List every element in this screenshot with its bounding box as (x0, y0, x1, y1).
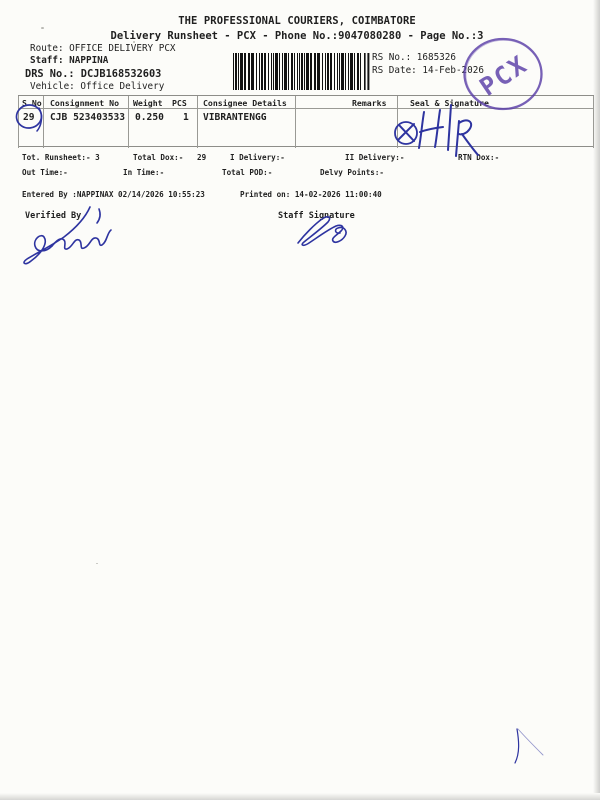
table-border (197, 96, 198, 148)
scanned-delivery-runsheet: THE PROFESSIONAL COURIERS, COIMBATORE De… (0, 0, 600, 800)
cell-sno: 29 (23, 112, 35, 123)
scan-speck (41, 27, 44, 29)
ii-delivery-label: II Delivery:- (345, 153, 404, 162)
table-border (18, 96, 19, 148)
barcode (233, 53, 370, 90)
cell-pcs: 1 (183, 112, 189, 123)
rs-date: RS Date: 14-Feb-2026 (372, 65, 484, 76)
printed-on-line: Printed on: 14-02-2026 11:00:40 (240, 190, 382, 199)
total-runsheet: Tot. Runsheet:- 3 (22, 153, 100, 162)
scan-speck (96, 563, 98, 564)
verified-by-label: Verified By (25, 211, 81, 221)
entered-by-line: Entered By :NAPPINAX 02/14/2026 10:55:23 (22, 190, 205, 199)
scan-edge-right (593, 0, 600, 800)
company-title: THE PROFESSIONAL COURIERS, COIMBATORE (0, 15, 594, 27)
cell-consignee: VIBRANTENGG (203, 112, 267, 123)
table-border (128, 96, 129, 148)
in-time-label: In Time:- (123, 168, 164, 177)
pen-tick-ink (515, 729, 543, 763)
consignment-table: S No Consignment No Weight PCS Consignee… (18, 95, 594, 147)
col-header-weight: Weight (133, 98, 163, 108)
table-border (397, 96, 398, 148)
out-time-label: Out Time:- (22, 168, 68, 177)
drs-number-line: DRS No.: DCJB168532603 (25, 68, 161, 80)
col-header-consignment: Consignment No (50, 98, 119, 108)
runsheet-subtitle: Delivery Runsheet - PCX - Phone No.:9047… (0, 30, 594, 42)
cell-consignment: CJB 523403533 (50, 112, 125, 123)
col-header-consignee: Consignee Details (203, 98, 287, 108)
col-header-pcs: PCS (172, 98, 187, 108)
table-border (593, 96, 594, 148)
rs-number: RS No.: 1685326 (372, 52, 456, 63)
col-header-remarks: Remarks (352, 98, 387, 108)
staff-signature-label: Staff Signature (278, 211, 355, 221)
total-pod-label: Total POD:- (222, 168, 272, 177)
total-dox-value: 29 (197, 153, 206, 162)
rtn-dox-label: RTN Dox:- (458, 153, 499, 162)
i-delivery-label: I Delivery:- (230, 153, 285, 162)
staff-signature-ink (298, 217, 346, 245)
cell-weight: 0.250 (135, 112, 164, 123)
total-dox-label: Total Dox:- (133, 153, 183, 162)
vehicle-line: Vehicle: Office Delivery (30, 81, 164, 92)
table-border (43, 96, 44, 148)
table-header-rule (18, 108, 594, 109)
col-header-seal: Seal & Signature (410, 98, 489, 108)
scan-edge-bottom (0, 793, 600, 800)
col-header-sno: S No (22, 98, 42, 108)
table-border (295, 96, 296, 148)
route-line: Route: OFFICE DELIVERY PCX (30, 43, 176, 54)
delvy-points-label: Delvy Points:- (320, 168, 384, 177)
staff-line: Staff: NAPPINA (30, 55, 108, 66)
